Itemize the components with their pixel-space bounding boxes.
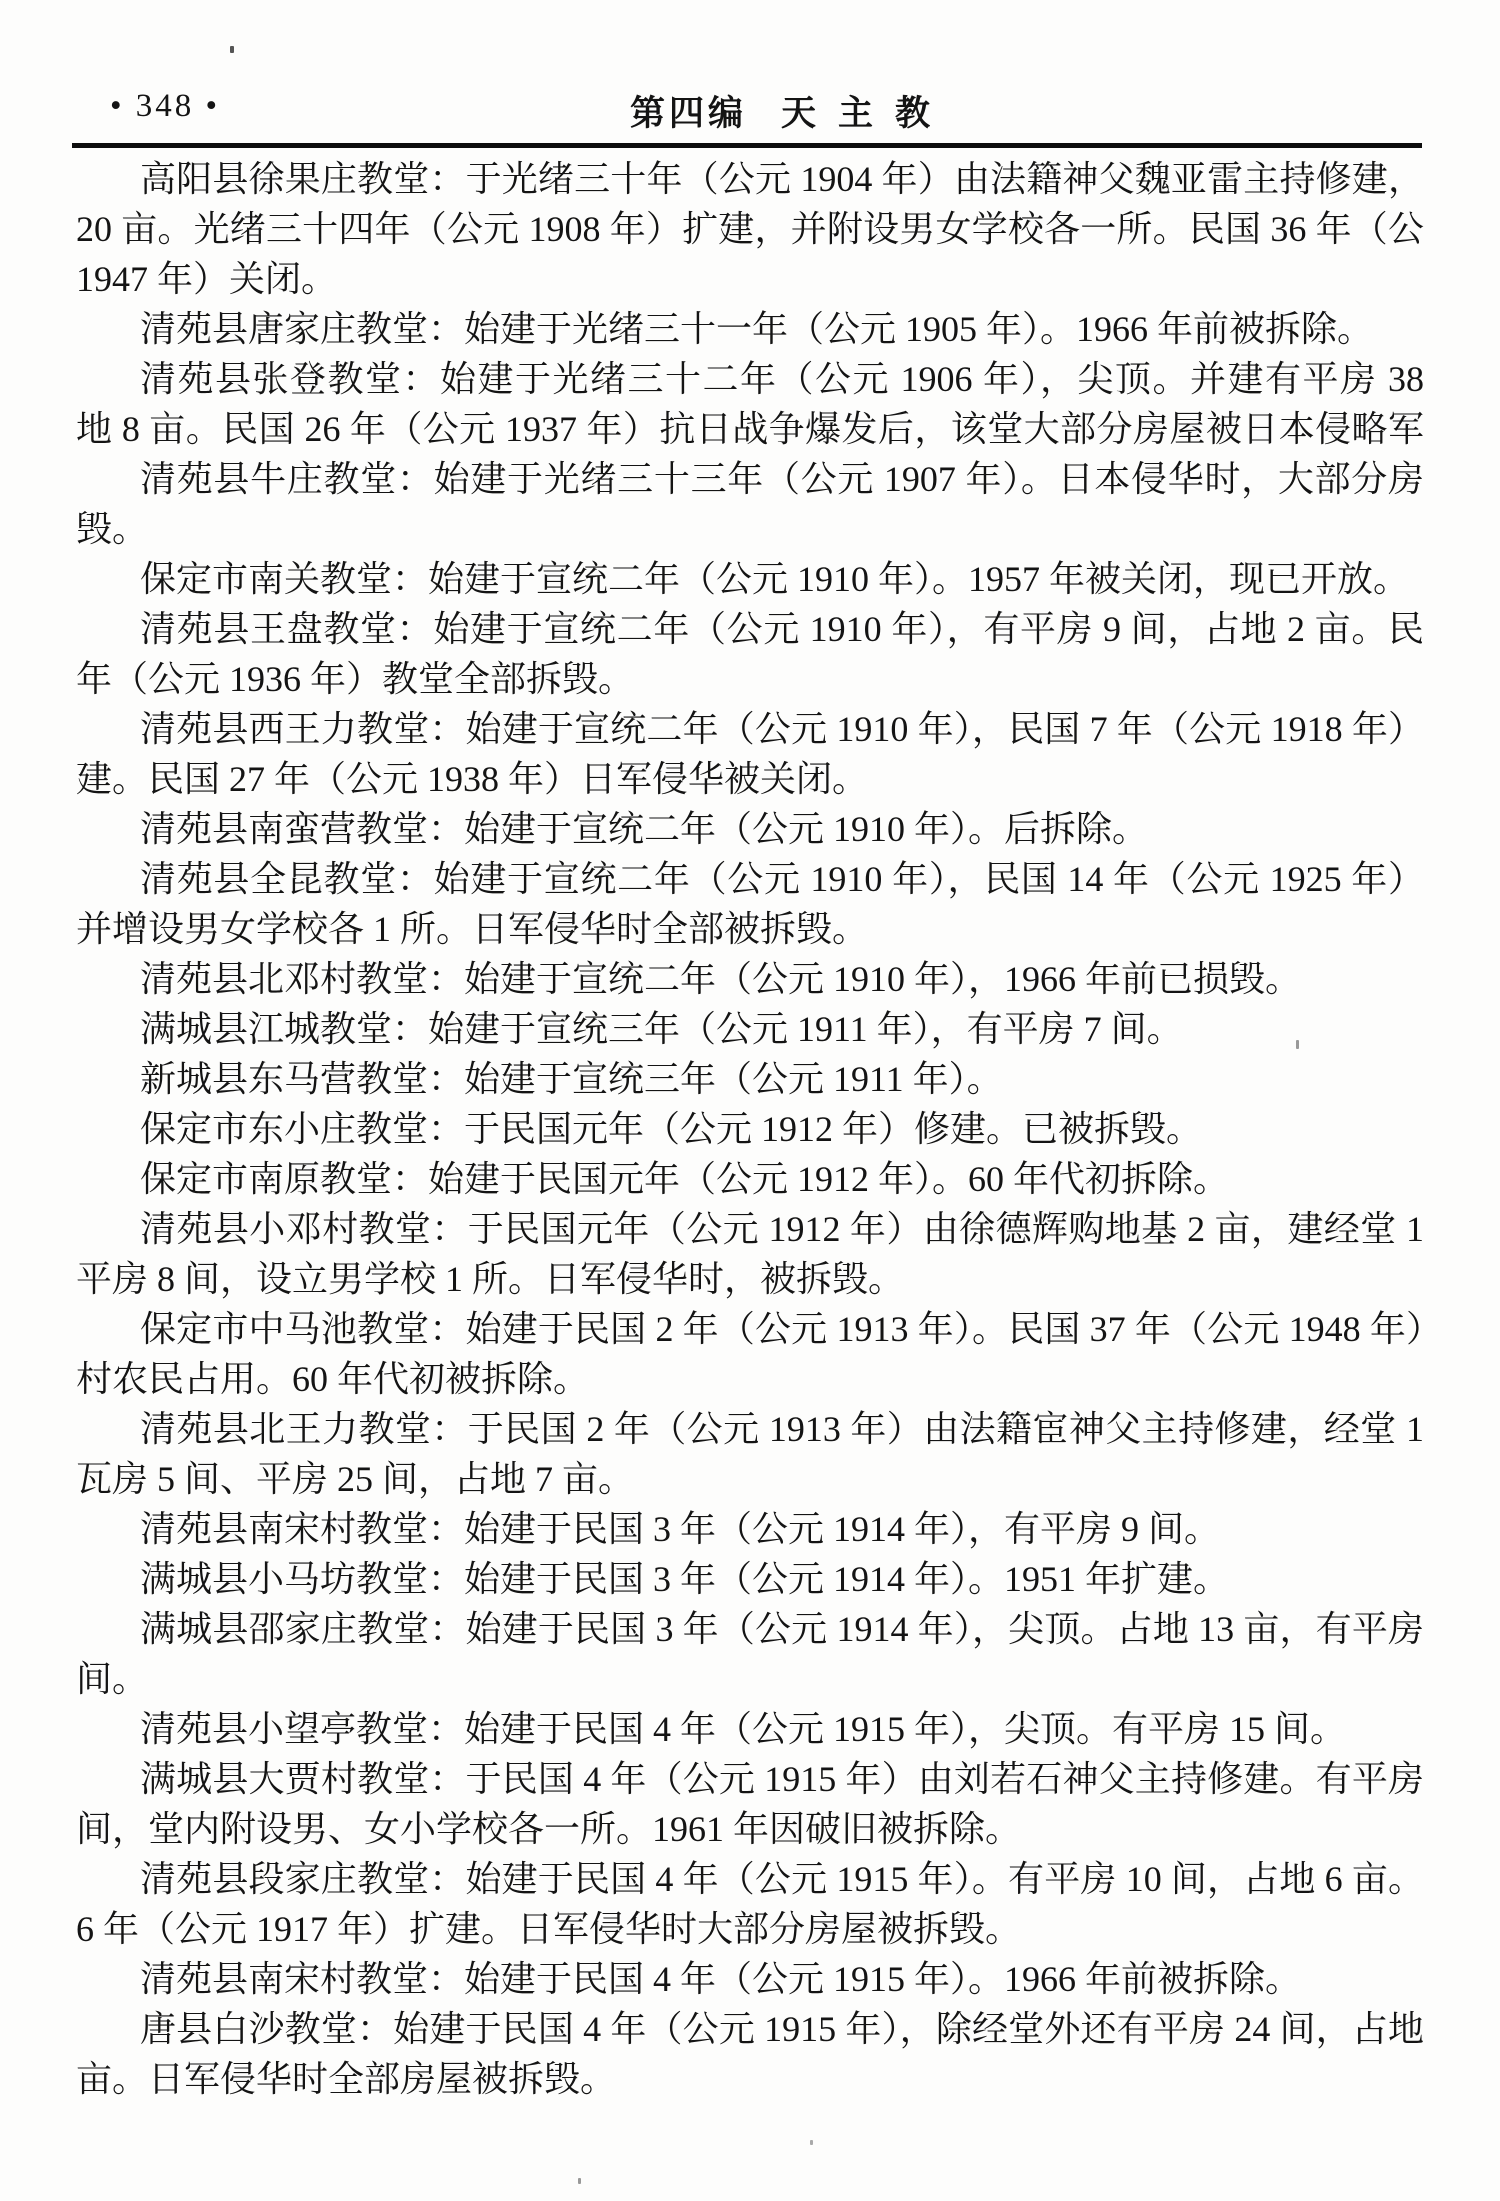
body-line: 地 8 亩。民国 26 年（公元 1937 年）抗日战争爆发后，该堂大部分房屋被… — [76, 404, 1424, 454]
body-line: 保定市中马池教堂：始建于民国 2 年（公元 1913 年）。民国 37 年（公元… — [76, 1304, 1424, 1354]
header-rule — [72, 143, 1422, 148]
body-line: 清苑县小望亭教堂：始建于民国 4 年（公元 1915 年），尖顶。有平房 15 … — [76, 1704, 1424, 1754]
body-line: 满城县小马坊教堂：始建于民国 3 年（公元 1914 年）。1951 年扩建。 — [76, 1554, 1424, 1604]
scan-speck — [578, 2178, 581, 2184]
body-line: 村农民占用。60 年代初被拆除。 — [76, 1354, 1424, 1404]
body-line: 清苑县牛庄教堂：始建于光绪三十三年（公元 1907 年）。日本侵华时，大部分房屋… — [76, 454, 1424, 504]
body-line: 毁。 — [76, 504, 1424, 554]
body-line: 年（公元 1936 年）教堂全部拆毁。 — [76, 654, 1424, 704]
chapter-label: 天主教 — [781, 94, 952, 133]
body-line: 清苑县全昆教堂：始建于宣统二年（公元 1910 年），民国 14 年（公元 19… — [76, 854, 1424, 904]
body-line: 6 年（公元 1917 年）扩建。日军侵华时大部分房屋被拆毁。 — [76, 1904, 1424, 1954]
body-line: 清苑县北邓村教堂：始建于宣统二年（公元 1910 年），1966 年前已损毁。 — [76, 954, 1424, 1004]
body-line: 高阳县徐果庄教堂：于光绪三十年（公元 1904 年）由法籍神父魏亚雷主持修建，占… — [76, 154, 1424, 204]
body-line: 清苑县西王力教堂：始建于宣统二年（公元 1910 年），民国 7 年（公元 19… — [76, 704, 1424, 754]
body-line: 清苑县北王力教堂：于民国 2 年（公元 1913 年）由法籍宦神父主持修建，经堂… — [76, 1404, 1424, 1454]
body-line: 1947 年）关闭。 — [76, 254, 1424, 304]
body-line: 清苑县段家庄教堂：始建于民国 4 年（公元 1915 年）。有平房 10 间，占… — [76, 1854, 1424, 1904]
body-line: 平房 8 间，设立男学校 1 所。日军侵华时，被拆毁。 — [76, 1254, 1424, 1304]
page-header: • 348 • 第四编天主教 — [0, 0, 1500, 143]
body-line: 亩。日军侵华时全部房屋被拆毁。 — [76, 2054, 1424, 2104]
body-line: 20 亩。光绪三十四年（公元 1908 年）扩建，并附设男女学校各一所。民国 3… — [76, 204, 1424, 254]
scanned-book-page: • 348 • 第四编天主教 高阳县徐果庄教堂：于光绪三十年（公元 1904 年… — [0, 0, 1500, 2201]
section-label: 第四编 — [630, 94, 747, 133]
body-line: 瓦房 5 间、平房 25 间，占地 7 亩。 — [76, 1454, 1424, 1504]
body-line: 建。民国 27 年（公元 1938 年）日军侵华被关闭。 — [76, 754, 1424, 804]
body-line: 保定市东小庄教堂：于民国元年（公元 1912 年）修建。已被拆毁。 — [76, 1104, 1424, 1154]
scan-speck — [1296, 1040, 1299, 1049]
body-line: 满城县邵家庄教堂：始建于民国 3 年（公元 1914 年），尖顶。占地 13 亩… — [76, 1604, 1424, 1654]
body-text: 高阳县徐果庄教堂：于光绪三十年（公元 1904 年）由法籍神父魏亚雷主持修建，占… — [76, 154, 1424, 2104]
scan-speck — [230, 46, 234, 53]
body-line: 清苑县南宋村教堂：始建于民国 3 年（公元 1914 年），有平房 9 间。 — [76, 1504, 1424, 1554]
page-number: • 348 • — [110, 88, 220, 125]
body-line: 并增设男女学校各 1 所。日军侵华时全部被拆毁。 — [76, 904, 1424, 954]
body-line: 间。 — [76, 1654, 1424, 1704]
page-title: 第四编天主教 — [630, 86, 952, 136]
body-line: 满城县江城教堂：始建于宣统三年（公元 1911 年），有平房 7 间。 — [76, 1004, 1424, 1054]
body-line: 保定市南关教堂：始建于宣统二年（公元 1910 年）。1957 年被关闭，现已开… — [76, 554, 1424, 604]
body-line: 唐县白沙教堂：始建于民国 4 年（公元 1915 年），除经堂外还有平房 24 … — [76, 2004, 1424, 2054]
body-line: 清苑县南宋村教堂：始建于民国 4 年（公元 1915 年）。1966 年前被拆除… — [76, 1954, 1424, 2004]
body-line: 清苑县南蛮营教堂：始建于宣统二年（公元 1910 年）。后拆除。 — [76, 804, 1424, 854]
body-line: 保定市南原教堂：始建于民国元年（公元 1912 年）。60 年代初拆除。 — [76, 1154, 1424, 1204]
scan-speck — [810, 2140, 813, 2145]
body-line: 清苑县王盘教堂：始建于宣统二年（公元 1910 年），有平房 9 间，占地 2 … — [76, 604, 1424, 654]
body-line: 清苑县张登教堂：始建于光绪三十二年（公元 1906 年），尖顶。并建有平房 38… — [76, 354, 1424, 404]
body-line: 清苑县小邓村教堂：于民国元年（公元 1912 年）由徐德辉购地基 2 亩，建经堂… — [76, 1204, 1424, 1254]
body-line: 清苑县唐家庄教堂：始建于光绪三十一年（公元 1905 年）。1966 年前被拆除… — [76, 304, 1424, 354]
body-line: 满城县大贾村教堂：于民国 4 年（公元 1915 年）由刘若石神父主持修建。有平… — [76, 1754, 1424, 1804]
body-line: 新城县东马营教堂：始建于宣统三年（公元 1911 年）。 — [76, 1054, 1424, 1104]
body-line: 间，堂内附设男、女小学校各一所。1961 年因破旧被拆除。 — [76, 1804, 1424, 1854]
